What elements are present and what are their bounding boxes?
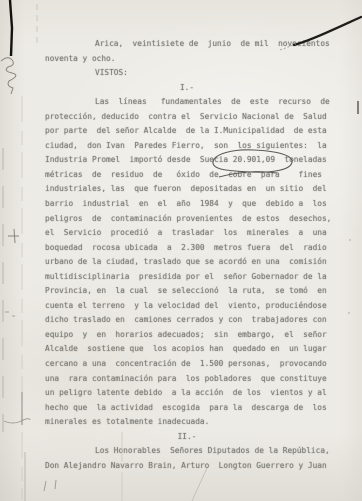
speck-right-2	[348, 312, 350, 314]
pencil-dashes	[5, 312, 15, 316]
text-line: protección, deducido contra el Servicio …	[45, 110, 329, 125]
text-line: Don Alejandro Navarro Brain, Arturo Long…	[45, 459, 329, 474]
text-line: cercano a una concentración de 1.500 per…	[45, 357, 329, 372]
scanned-document-page: Arica, veintisiete de junio de mil novec…	[0, 0, 362, 501]
text-line: Los Honorables Señores Diputados de la R…	[45, 444, 329, 459]
text-line: Alcalde sostiene que los acopios han que…	[45, 342, 329, 357]
text-line: urbano de la ciudad, traslado que se aco…	[45, 255, 329, 270]
text-line: el Servicio procedió a trasladar los min…	[45, 226, 329, 241]
bottom-ticks	[44, 480, 56, 491]
pencil-scribble	[1, 58, 16, 94]
text-line: boquedad rocosa ubicada a 2.300 metros f…	[45, 241, 329, 256]
text-line: Las líneas fundamentales de este recurso…	[45, 95, 329, 110]
text-line: peligros de contaminación provenientes d…	[45, 212, 329, 227]
pencil-cross-mark	[8, 229, 19, 243]
text-line: hecho que la actividad escogida para la …	[45, 401, 329, 416]
text-line: un peligro latente debido a la acción de…	[45, 386, 329, 401]
text-line: minerales es totalmente inadecuada.	[45, 415, 329, 430]
scan-edge-bar	[10, 0, 12, 56]
speck-right-1	[349, 239, 351, 241]
text-line: multidisciplinaria presidida por el seño…	[45, 270, 329, 285]
text-line: noventa y ocho.	[45, 52, 329, 67]
text-line: industriales, las que fueron depositadas…	[45, 182, 329, 197]
text-line: Industria Promel importó desde Suecia 20…	[45, 153, 329, 168]
text-line: una rara contaminación para los poblador…	[45, 372, 329, 387]
text-line: II.-	[45, 430, 329, 445]
text-line: I.-	[45, 81, 329, 96]
text-line: equipo y en horarios adecuados; sin emba…	[45, 328, 329, 343]
text-line: métricas de residuo de óxido de cobre pa…	[45, 168, 329, 183]
text-line: barrio industrial en el año 1984 y que d…	[45, 197, 329, 212]
text-line: por parte del señor Alcalde de la I.Muni…	[45, 124, 329, 139]
text-line: cuenta el terreno y la velocidad del vie…	[45, 299, 329, 314]
text-line: Arica, veintisiete de junio de mil novec…	[45, 37, 329, 52]
text-line: ciudad, don Ivan Paredes Fierro, son los…	[45, 139, 329, 154]
text-line: Provincia, en la cual se seleccionó la r…	[45, 284, 329, 299]
document-text: Arica, veintisiete de junio de mil novec…	[45, 37, 329, 473]
pencil-squiggle-bottom	[4, 419, 30, 423]
text-line: dicho traslado en camiones cerrados y co…	[45, 313, 329, 328]
text-line: VISTOS:	[45, 66, 329, 81]
